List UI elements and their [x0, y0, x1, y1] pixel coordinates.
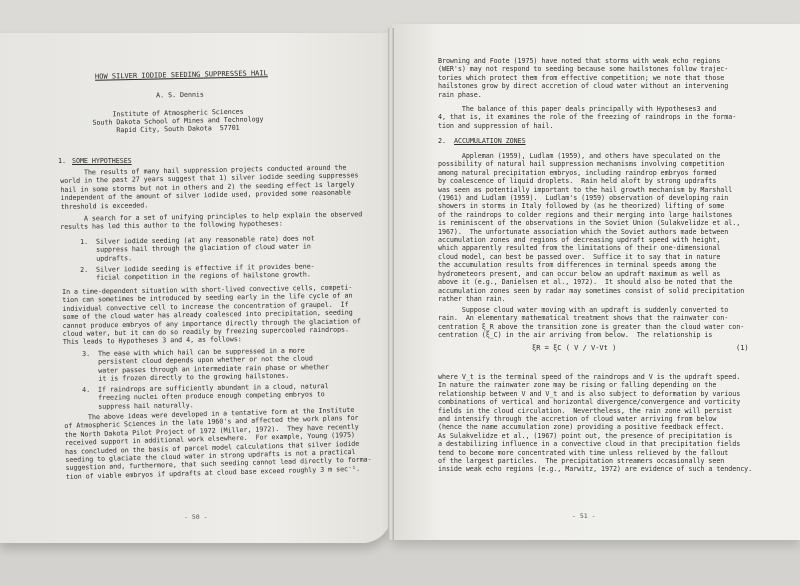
paragraph-3: In a time-dependent situation with short…	[62, 283, 361, 347]
equation-number: (1)	[736, 344, 749, 352]
right-page: Browning and Foote (1975) have noted tha…	[392, 24, 800, 540]
paragraph-4: Suppose cloud water moving with an updra…	[438, 306, 744, 340]
left-page: HOW SILVER IODIDE SEEDING SUPPRESSES HAI…	[0, 33, 392, 543]
paragraph-3: Appleman (1959), Ludlam (1959), and othe…	[438, 152, 744, 303]
paragraph-4: The above ideas were developed in a tent…	[64, 405, 372, 481]
author: A. S. Dennis	[140, 90, 220, 100]
hypothesis-1: 1. Silver iodide seeding (at any reasona…	[80, 234, 315, 263]
paragraph-1: The results of many hail suppression pro…	[60, 163, 359, 211]
section-1-heading: SOME HYPOTHESES	[72, 157, 132, 165]
section-2-number: 2.	[438, 137, 446, 145]
paragraph-2: A search for a set of unifying principle…	[60, 210, 362, 232]
section-2-heading: ACCUMULATION ZONES	[454, 137, 526, 145]
hypothesis-3: 3. The ease with which hail can be suppr…	[82, 346, 329, 383]
paragraph-1: Browning and Foote (1975) have noted tha…	[438, 57, 728, 99]
paragraph-2: The balance of this paper deals principa…	[438, 105, 736, 130]
paper-title: HOW SILVER IODIDE SEEDING SUPPRESSES HAI…	[95, 69, 268, 81]
page-number-right: - 51 -	[572, 512, 595, 520]
page-number-left: - 50 -	[184, 513, 207, 521]
section-1-number: 1.	[58, 157, 66, 165]
book-binding	[388, 28, 394, 540]
hypothesis-2: 2. Silver iodide seeding is effective if…	[80, 262, 315, 282]
equation-1: ξR = ξC ( V / V-Vt )	[532, 344, 616, 352]
paragraph-5: where V_t is the terminal speed of the r…	[438, 373, 752, 474]
